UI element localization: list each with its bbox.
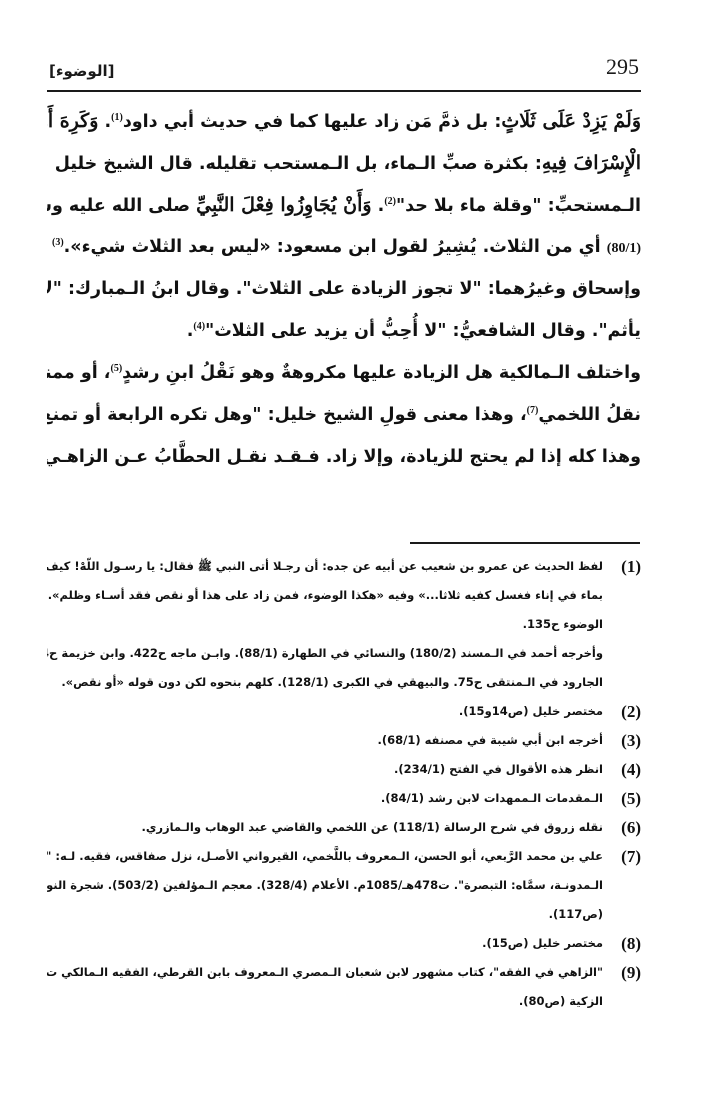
footnote-number: (3)	[621, 726, 641, 755]
main-text: وَلَمْ يَزِدْ عَلَى ثَلَاثٍ: بل ذمَّ مَن…	[47, 100, 641, 478]
commentary-text: وإسحاق وغيرُهما: "لا تجوز الزيادة على ال…	[47, 279, 641, 299]
commentary-text: أي من الثلاث. يُشِيرُ لقول ابن مسعود: «ل…	[64, 237, 607, 257]
matn-text: الْإِسْرَافَ فِيهِ	[542, 152, 641, 174]
commentary-text: صلى الله عليه وسلم	[47, 196, 196, 216]
footnote-number: (7)	[621, 842, 641, 871]
text-line: الْإِسْرَافَ فِيهِ: بكثرة صبِّ الـماء، ب…	[47, 142, 641, 184]
footnote-text: علي بن محمد الرَّبعي، أبو الحسن، الـمعرو…	[47, 842, 603, 871]
footnote-number: (8)	[621, 929, 641, 958]
commentary-text: : بل ذمَّ مَن زاد عليها كما في حديث أبي …	[123, 112, 502, 132]
footnote-text: مختصر خليل (ص14و15).	[47, 697, 603, 726]
commentary-text: الـمستحبِّ: "وقلة ماء بلا حد"	[396, 196, 641, 216]
footnotes: (1)لفظ الحديث عن عمرو بن شعيب عن أبيه عن…	[47, 552, 641, 1016]
footnote-reference: (5)	[110, 363, 122, 374]
footnote-text: "الزاهي في الفقه"، كتاب مشهور لابن شعبان…	[47, 958, 603, 987]
footnote: (9)"الزاهي في الفقه"، كتاب مشهور لابن شع…	[47, 958, 641, 1016]
commentary-text: واختلف الـمالكية هل الزيادة عليها مكروهة…	[122, 363, 641, 383]
commentary-text: يأثم". وقال الشافعيُّ: "لا أُحِبُّ أن يز…	[205, 321, 641, 341]
text-line: نقلُ اللخمي(7)، وهذا معنى قولِ الشيخ خلي…	[47, 394, 641, 436]
footnote: (3)أخرجه ابن أبي شيبة في مصنفه (68/1).	[47, 726, 641, 755]
text-line: (80/1) أي من الثلاث. يُشِيرُ لقول ابن مس…	[47, 226, 641, 268]
page-header: 295 [الوضوء]	[47, 52, 641, 90]
matn-text: وَكَرِهَ أَهْلُ الْعِلْمِ	[47, 110, 98, 132]
commentary-text: ، وهذا معنى قولِ الشيخ خليل: "وهل تكره ا…	[47, 405, 527, 425]
section-title: [الوضوء]	[49, 58, 114, 84]
text-line: وإسحاق وغيرُهما: "لا تجوز الزيادة على ال…	[47, 268, 641, 310]
footnote-number: (1)	[621, 552, 641, 581]
footnote-text: نقله زروق في شرح الرسالة (118/1) عن اللخ…	[47, 813, 603, 842]
footnote-text: الجارود في الـمنتقى ح75. والبيهقي في الك…	[47, 668, 603, 697]
footnote-text: (ص117).	[47, 900, 603, 929]
footnote-text: انظر هذه الأقوال في الفتح (234/1).	[47, 755, 603, 784]
footnote-reference: (7)	[527, 405, 539, 416]
footnote-separator	[410, 542, 640, 544]
footnote-number: (2)	[621, 697, 641, 726]
footnote-text: مختصر خليل (ص15).	[47, 929, 603, 958]
footnote-text: أخرجه ابن أبي شيبة في مصنفه (68/1).	[47, 726, 603, 755]
commentary-text: .	[98, 112, 111, 132]
footnote-text: الـمدونـة، سمَّاه: التبصرة". ت478هـ/1085…	[47, 871, 603, 900]
footnote: (7)علي بن محمد الرَّبعي، أبو الحسن، الـم…	[47, 842, 641, 929]
footnote-number: (6)	[621, 813, 641, 842]
footnote-text: الـمقدمات الـممهدات لابن رشد (84/1).	[47, 784, 603, 813]
footnote-text: بماء في إناء فغسل كفيه ثلاثا...» وفيه «ه…	[47, 581, 603, 610]
footnote: (5)الـمقدمات الـممهدات لابن رشد (84/1).	[47, 784, 641, 813]
footnote-number: (4)	[621, 755, 641, 784]
footnote-text: لفظ الحديث عن عمرو بن شعيب عن أبيه عن جد…	[47, 552, 603, 581]
footnote: (6)نقله زروق في شرح الرسالة (118/1) عن ا…	[47, 813, 641, 842]
matn-text: وَلَمْ يَزِدْ عَلَى ثَلَاثٍ	[501, 110, 641, 132]
footnote-text: وأخرجه أحمد في الـمسند (180/2) والنسائي …	[47, 639, 603, 668]
footnote-reference: (4)	[193, 321, 205, 332]
text-line: يأثم". وقال الشافعيُّ: "لا أُحِبُّ أن يز…	[47, 310, 641, 352]
footnote: (2)مختصر خليل (ص14و15).	[47, 697, 641, 726]
text-line: وهذا كله إذا لم يحتج للزيادة، وإلا زاد. …	[47, 436, 641, 478]
footnote: (1)لفظ الحديث عن عمرو بن شعيب عن أبيه عن…	[47, 552, 641, 639]
footnote-text: الزكية (ص80).	[47, 987, 603, 1016]
text-line: واختلف الـمالكية هل الزيادة عليها مكروهة…	[47, 352, 641, 394]
footnote-number: (9)	[621, 958, 641, 987]
commentary-text: وهذا كله إذا لم يحتج للزيادة، وإلا زاد. …	[47, 447, 641, 467]
footnote-reference: (3)	[52, 237, 64, 248]
footnote-continuation: وأخرجه أحمد في الـمسند (180/2) والنسائي …	[47, 639, 641, 697]
commentary-text: ، أو ممنوعةٌ	[47, 363, 110, 383]
footnote-text: الوضوء ح135.	[47, 610, 603, 639]
footnote-reference: (2)	[384, 196, 396, 207]
commentary-text: .	[372, 196, 385, 216]
text-line: وَلَمْ يَزِدْ عَلَى ثَلَاثٍ: بل ذمَّ مَن…	[47, 100, 641, 142]
commentary-text: نقلُ اللخمي	[538, 405, 641, 425]
footnote: (4)انظر هذه الأقوال في الفتح (234/1).	[47, 755, 641, 784]
footnote-reference: (1)	[111, 112, 123, 123]
page-number: 295	[606, 52, 639, 82]
matn-text: وَأَنْ يُجَاوِزُوا فِعْلَ النَّبِيِّ	[196, 194, 371, 216]
header-rule	[47, 90, 641, 92]
commentary-text: : بكثرة صبِّ الـماء، بل الـمستحب تقليله.…	[47, 154, 542, 174]
footnote-number: (5)	[621, 784, 641, 813]
text-line: الـمستحبِّ: "وقلة ماء بلا حد"(2). وَأَنْ…	[47, 184, 641, 226]
footnote: (8)مختصر خليل (ص15).	[47, 929, 641, 958]
manuscript-ref: (80/1)	[607, 241, 641, 256]
